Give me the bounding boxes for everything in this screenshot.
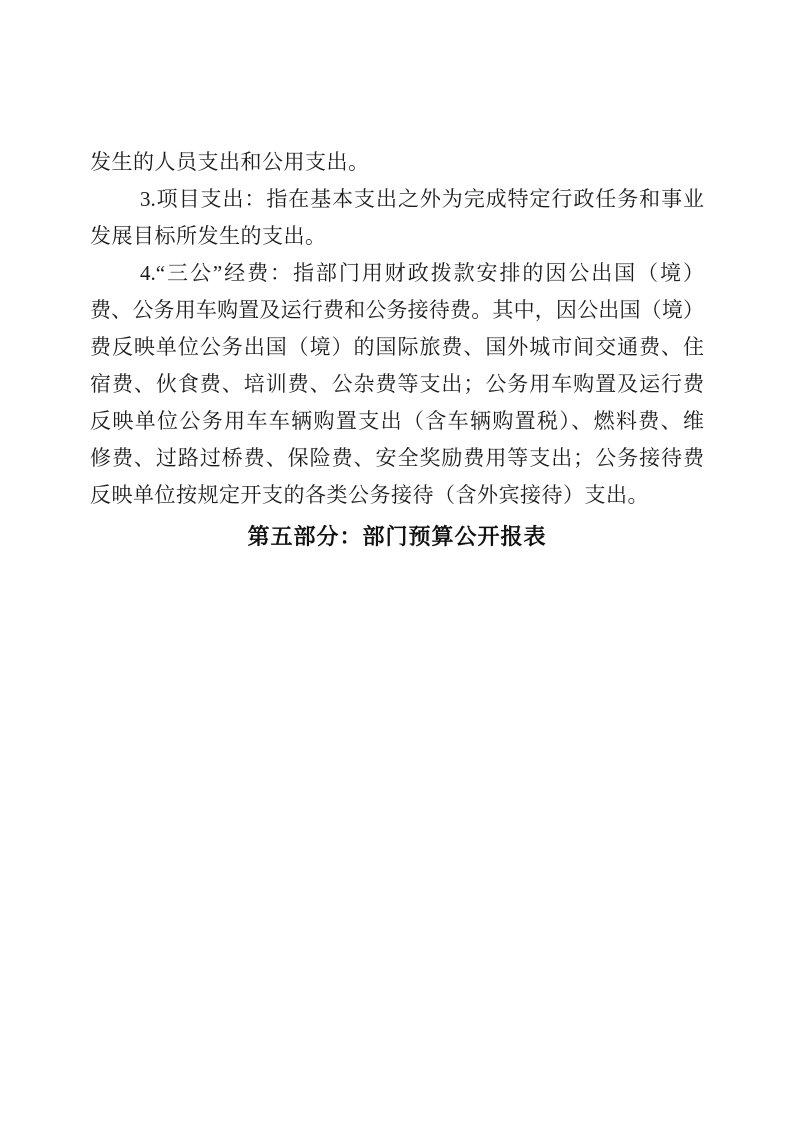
- text-block: 发生的人员支出和公用支出。 3.项目支出：指在基本支出之外为完成特定行政任务和事…: [90, 144, 704, 555]
- document-line: 发展目标所发生的支出。: [90, 218, 704, 255]
- document-line: 4.“三公”经费：指部门用财政拨款安排的因公出国（境）: [90, 255, 704, 292]
- document-line: 反映单位按规定开支的各类公务接待（含外宾接待）支出。: [90, 477, 704, 514]
- document-line: 3.项目支出：指在基本支出之外为完成特定行政任务和事业: [90, 181, 704, 218]
- document-line: 反映单位公务用车车辆购置支出（含车辆购置税）、燃料费、维: [90, 403, 704, 440]
- document-line: 修费、过路过桥费、保险费、安全奖励费用等支出；公务接待费: [90, 440, 704, 477]
- document-page: 发生的人员支出和公用支出。 3.项目支出：指在基本支出之外为完成特定行政任务和事…: [0, 0, 792, 1121]
- document-line: 宿费、伙食费、培训费、公杂费等支出；公务用车购置及运行费: [90, 366, 704, 403]
- document-line: 费、公务用车购置及运行费和公务接待费。其中，因公出国（境）: [90, 292, 704, 329]
- document-line: 发生的人员支出和公用支出。: [90, 144, 704, 181]
- section-heading: 第五部分：部门预算公开报表: [90, 518, 704, 555]
- document-line: 费反映单位公务出国（境）的国际旅费、国外城市间交通费、住: [90, 329, 704, 366]
